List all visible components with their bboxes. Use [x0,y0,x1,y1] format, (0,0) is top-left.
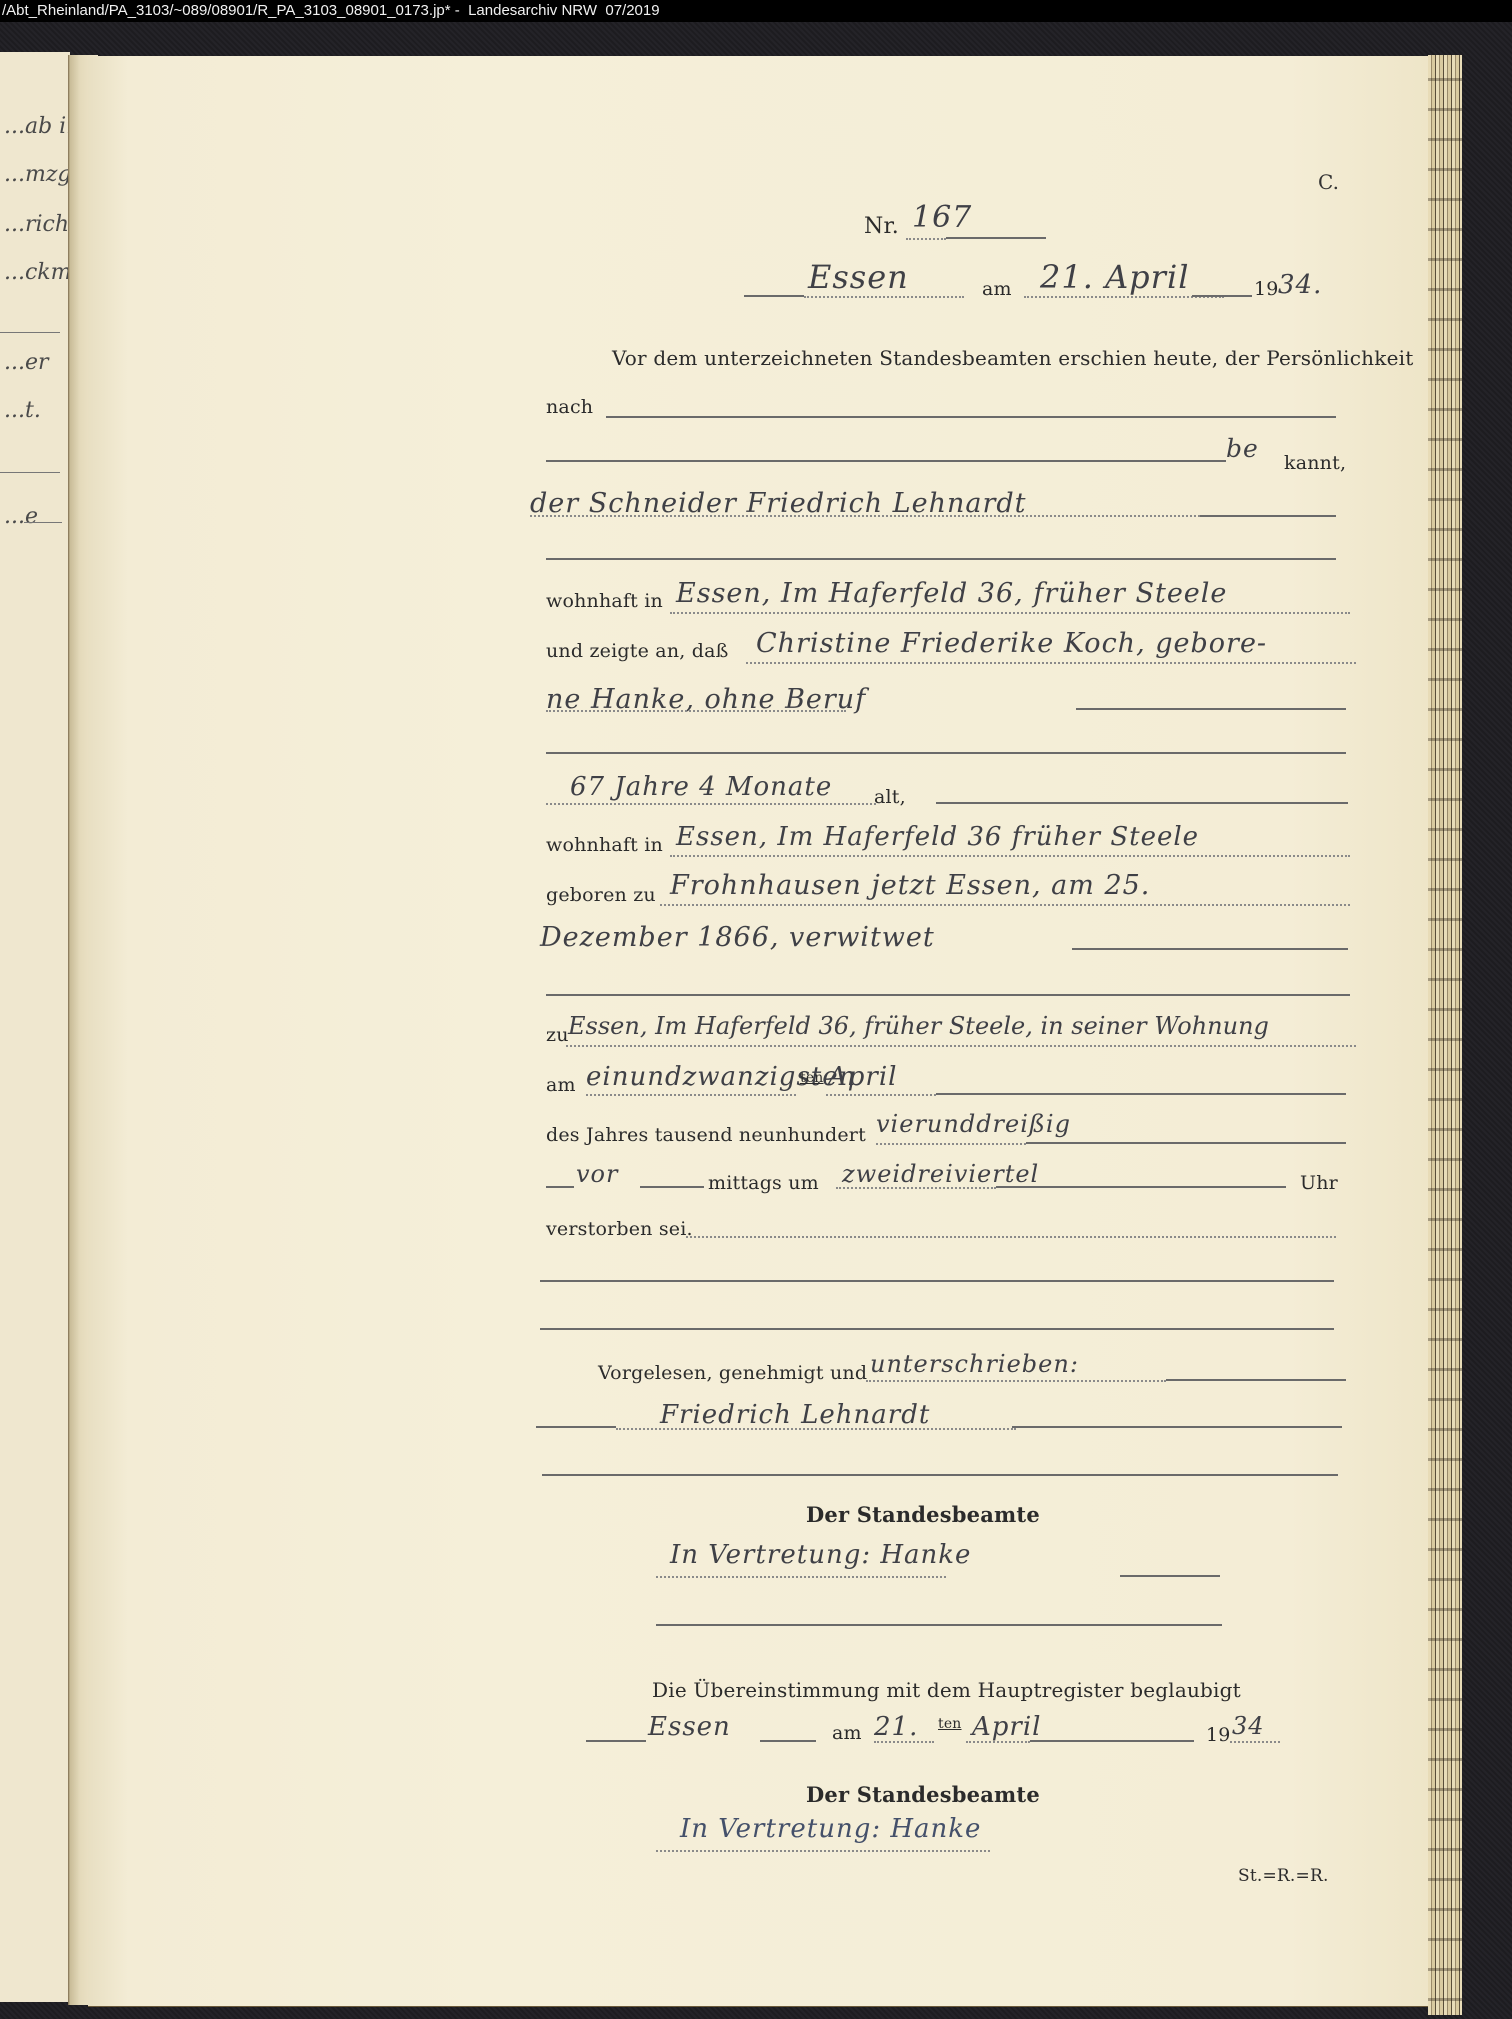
dotted-rule [866,1380,1166,1382]
wohnhaft2-label: wohnhaft in [546,834,663,856]
form-rule [1120,1575,1220,1577]
am-label: am [546,1074,576,1096]
intro-text: Vor dem unterzeichneten Standesbeamten e… [612,346,1413,370]
dotted-rule [670,855,1350,857]
informant-signature: Friedrich Lehnardt [660,1400,930,1430]
death-ampm: vor [576,1160,618,1188]
dotted-rule [546,710,846,712]
form-rule [546,994,1350,996]
window-title-bar: /Abt_Rheinland/PA_3103/~089/08901/R_PA_3… [0,0,1512,22]
birth-line2: Dezember 1866, verwitwet [540,922,935,953]
year-prefix: 19 [1254,278,1279,300]
form-rule [1166,1379,1346,1381]
form-rule [1012,1426,1342,1428]
death-month: April [828,1062,897,1092]
cert-day: 21. [874,1712,918,1742]
left-rule [24,522,62,523]
dotted-rule [836,1187,996,1189]
form-rule [640,1186,704,1188]
form-rule [936,802,1348,804]
form-rule [744,295,804,297]
deceased-residence: Essen, Im Haferfeld 36 früher Steele [676,822,1199,852]
deceased-name-line1: Christine Friederike Koch, gebore- [756,628,1267,659]
dotted-rule [530,515,1220,517]
dotted-rule [656,1850,990,1852]
dotted-rule [616,1428,1016,1430]
cert-ten-label: ten [938,1716,962,1732]
dotted-rule [874,1741,934,1743]
form-rule [760,1740,816,1742]
form-rule [606,416,1336,418]
left-fragment-text: ...er [4,350,49,375]
record-place: Essen [808,258,909,296]
verstorben-label: verstorben sei. [546,1218,693,1240]
form-rule [546,460,1226,462]
number-label: Nr. [864,214,899,239]
informant-residence: Essen, Im Haferfeld 36, früher Steele [676,578,1227,609]
form-rule [656,1624,1222,1626]
dotted-rule [826,1094,936,1096]
cert-registrar-title: Der Standesbeamte [806,1782,1040,1807]
cert-place: Essen [648,1712,731,1742]
form-rule [536,1426,616,1428]
cert-registrar-signature: In Vertretung: Hanke [680,1814,981,1844]
death-year: vierunddreißig [876,1110,1071,1138]
left-rule [0,332,60,333]
form-rule [546,752,1346,754]
certification-text: Die Übereinstimmung mit dem Hauptregiste… [652,1678,1241,1702]
uhr-label: Uhr [1300,1172,1338,1194]
left-page-fragment: ...ab in ...mzg: ...richtig ...ckm: ...e… [0,52,70,2002]
cert-year-suffix: 34 [1232,1712,1265,1740]
jahres-label: des Jahres tausend neunhundert [546,1124,866,1146]
form-rule [546,1186,574,1188]
cert-am-label: am [832,1722,862,1744]
vorgelesen-label: Vorgelesen, genehmigt und [598,1362,867,1384]
form-letter: C. [1318,170,1339,194]
dotted-rule [1230,1741,1280,1743]
dotted-rule [966,1741,1030,1743]
birth-line1: Frohnhausen jetzt Essen, am 25. [670,870,1150,901]
dotted-rule [670,612,1350,614]
form-rule [1072,948,1348,950]
form-rule [1076,708,1346,710]
form-rule [542,1474,1338,1476]
geboren-label: geboren zu [546,884,656,906]
form-rule [1030,1740,1194,1742]
dotted-rule [906,238,946,240]
cert-year-prefix: 19 [1206,1724,1231,1746]
left-fragment-text: ...e [4,504,38,529]
zu-label: zu [546,1024,569,1046]
dotted-rule [656,1576,946,1578]
vorgelesen-handwritten: unterschrieben: [870,1350,1079,1378]
record-number: 167 [912,200,972,235]
ten-label: ten [800,1070,824,1086]
dotted-rule [546,803,876,805]
nach-label: nach [546,396,593,418]
form-rule [540,1280,1334,1282]
form-rule [996,1186,1286,1188]
form-rule [1192,295,1252,297]
dotted-rule [804,296,964,298]
wohnhaft-label: wohnhaft in [546,590,663,612]
dotted-rule [746,662,1356,664]
kannt-prefix: be [1226,434,1259,463]
page-edges [1428,55,1462,2015]
form-rule [1026,1142,1346,1144]
zeigte-label: und zeigte an, daß [546,640,729,662]
death-place: Essen, Im Haferfeld 36, früher Steele, i… [568,1012,1269,1040]
dotted-rule [876,1143,1026,1145]
left-rule [0,472,60,473]
form-code: St.=R.=R. [1238,1866,1329,1886]
dotted-rule [686,1236,1336,1238]
form-rule [946,237,1046,239]
dotted-rule [566,1045,1356,1047]
kannt-label: kannt, [1284,452,1346,474]
death-time: zweidreiviertel [842,1160,1039,1188]
form-rule [936,1093,1346,1095]
dotted-rule [660,904,1350,906]
dotted-rule [586,1094,796,1096]
alt-label: alt, [874,786,906,808]
date-label: am [982,278,1012,300]
registrar-title: Der Standesbeamte [806,1502,1040,1527]
record-date: 21. April [1040,258,1189,296]
form-rule [546,558,1336,560]
year-suffix: 34. [1278,270,1322,300]
form-rule [1200,515,1336,517]
registrar-signature: In Vertretung: Hanke [670,1540,971,1570]
mittags-label: mittags um [708,1172,819,1194]
form-rule [540,1328,1334,1330]
cert-month: April [972,1712,1041,1742]
left-fragment-text: ...t. [4,398,41,423]
form-rule [586,1740,646,1742]
deceased-age: 67 Jahre 4 Monate [570,772,832,802]
